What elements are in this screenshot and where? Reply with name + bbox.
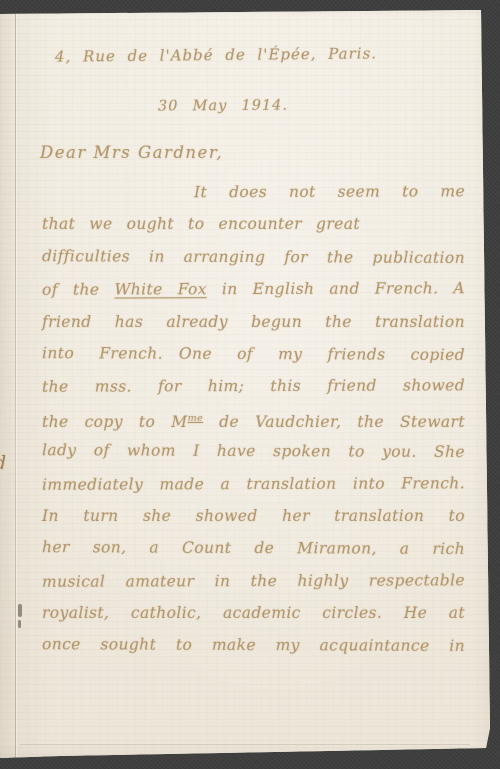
line-text: the mss. for him; this friend showed bbox=[42, 377, 465, 396]
line-text: lady of whom I have spoken to you. She bbox=[42, 441, 465, 461]
line-text: her son, a Count de Miramon, a rich bbox=[42, 538, 465, 558]
letter-line: royalist, catholic, academic circles. He… bbox=[42, 597, 465, 629]
letter-line: the copy to Mme de Vaudchier, the Stewar… bbox=[42, 403, 465, 435]
letter-line: immediately made a translation into Fren… bbox=[42, 467, 465, 501]
line-text: royalist, catholic, academic circles. He… bbox=[42, 604, 465, 622]
address-line: 4, Rue de l'Abbé de l'Épée, Paris. bbox=[55, 44, 377, 65]
letter-line: lady of whom I have spoken to you. She bbox=[42, 434, 465, 468]
line-text: difficulties in arranging for the public… bbox=[42, 247, 465, 267]
letter-line: friend has already begun the translation bbox=[42, 306, 465, 338]
letter-line: once sought to make my acquaintance in bbox=[42, 629, 465, 663]
line-text: friend has already begun the translation bbox=[42, 313, 465, 331]
line-text: immediately made a translation into Fren… bbox=[42, 474, 465, 493]
letter-line: difficulties in arranging for the public… bbox=[42, 240, 465, 274]
line-text: de Vaudchier, the Stewart bbox=[203, 413, 465, 431]
letter-line: of the White Fox in English and French. … bbox=[42, 272, 465, 306]
fold-smudge-mark bbox=[18, 604, 22, 617]
letter-line: into French. One of my friends copied bbox=[42, 337, 465, 371]
line-text: in English and French. A bbox=[207, 279, 465, 298]
letter-line: the mss. for him; this friend showed bbox=[42, 370, 465, 404]
superscript-text: me bbox=[188, 413, 204, 424]
underlined-title-text: White Fox bbox=[114, 280, 206, 298]
letter-line: her son, a Count de Miramon, a rich bbox=[42, 531, 465, 565]
bottom-crease-line bbox=[20, 744, 470, 745]
letter-line: In turn she showed her translation to bbox=[42, 500, 465, 532]
line-text: that we ought to encounter great bbox=[42, 215, 360, 233]
line-text: In turn she showed her translation to bbox=[42, 507, 465, 525]
line-text: musical amateur in the highly respectabl… bbox=[42, 571, 465, 590]
letter-line: It does not seem to me bbox=[42, 175, 465, 209]
margin-ink-mark: d bbox=[0, 452, 6, 474]
letter-line: that we ought to encounter great bbox=[42, 208, 360, 240]
line-text: It does not seem to me bbox=[194, 182, 465, 201]
letter-paper: 4, Rue de l'Abbé de l'Épée, Paris. 30 Ma… bbox=[0, 0, 500, 769]
date-line: 30 May 1914. bbox=[158, 98, 288, 115]
letter-line: musical amateur in the highly respectabl… bbox=[42, 564, 465, 598]
line-text: into French. One of my friends copied bbox=[42, 344, 465, 364]
photo-mount-background: 4, Rue de l'Abbé de l'Épée, Paris. 30 Ma… bbox=[0, 0, 500, 769]
line-text: the copy to M bbox=[42, 413, 188, 431]
line-text: once sought to make my acquaintance in bbox=[42, 636, 465, 656]
salutation-line: Dear Mrs Gardner, bbox=[40, 143, 223, 162]
fold-smudge-mark bbox=[18, 620, 21, 628]
letter-body: It does not seem to methat we ought to e… bbox=[42, 176, 465, 662]
line-text: of the bbox=[42, 281, 114, 299]
fold-crease-line bbox=[15, 13, 16, 757]
